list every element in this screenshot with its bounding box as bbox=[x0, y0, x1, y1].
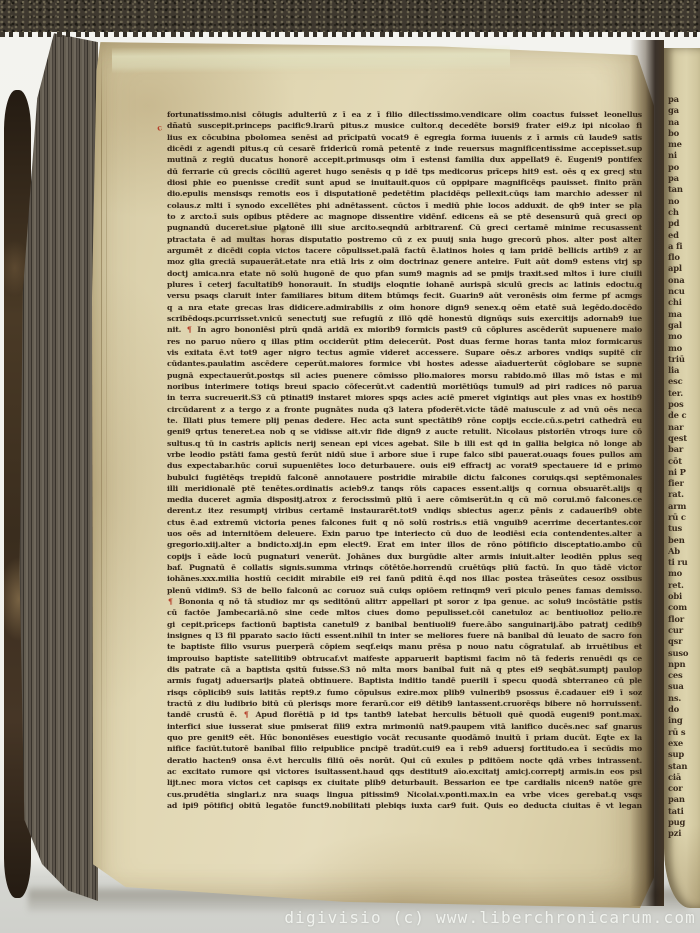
text-line: vrbe leodio pstāti fama gestū ferūt nidū… bbox=[167, 449, 642, 460]
facing-text-fragment: ni P bbox=[668, 467, 700, 478]
page-crease bbox=[101, 48, 102, 884]
facing-text-fragment: mo bbox=[668, 331, 700, 342]
text-line: to z arcto.ī suis opibus ptēdere ac magn… bbox=[167, 211, 642, 222]
text-line: ad ipi9 pōtificj obitū legatōe funct9.no… bbox=[167, 800, 642, 811]
facing-text-fragment: rū s bbox=[668, 727, 700, 738]
text-line: scribēdoqs.pcurrisset.vnicū senectutj su… bbox=[167, 313, 642, 324]
carpet-frayed-edge bbox=[0, 32, 700, 37]
facing-text-fragment: pd bbox=[668, 218, 700, 229]
text-line: deratio hacten9 onsa ē.vt herculis filiū… bbox=[167, 755, 642, 766]
page-gutter bbox=[630, 40, 664, 906]
facing-text-fragment: ma bbox=[668, 309, 700, 320]
text-line: doctj amica.nra etate nō solū hugonē de … bbox=[167, 268, 642, 279]
facing-text-fragment: cor bbox=[668, 783, 700, 794]
text-line: pugnandū duceret.siue platonē illi siue … bbox=[167, 222, 642, 233]
text-line: cus.prudētia singlari.z nra suaqs lingua… bbox=[167, 789, 642, 800]
facing-text-fragment: me bbox=[668, 139, 700, 150]
facing-text-fragment: sup bbox=[668, 749, 700, 760]
text-line: vis exitata ē.vt tot9 ager nigro tectus … bbox=[167, 347, 642, 358]
watermark-text: digivisio (c) www.liberchronicarum.com bbox=[6, 908, 696, 927]
facing-text-fragment: chi bbox=[668, 297, 700, 308]
text-line: q a nra etate grecas lras didicere.admir… bbox=[167, 302, 642, 313]
rubric-mark: ¶ bbox=[167, 597, 174, 606]
facing-text-fragment: cur bbox=[668, 625, 700, 636]
text-line: bubulci fugiētēqs trepidū falconē annota… bbox=[167, 472, 642, 483]
facing-text-fragment: suso bbox=[668, 648, 700, 659]
facing-text-fragment: nar bbox=[668, 422, 700, 433]
facing-text-fragment: no bbox=[668, 196, 700, 207]
text-line: versu psaqs claruit inter familiares bit… bbox=[167, 290, 642, 301]
facing-text-fragment: ni bbox=[668, 150, 700, 161]
facing-text-fragment: ti ru bbox=[668, 557, 700, 568]
facing-text-fragment: a fi bbox=[668, 241, 700, 252]
facing-text-fragment: flor bbox=[668, 614, 700, 625]
facing-text-fragment: mo bbox=[668, 568, 700, 579]
facing-text-fragment: npn bbox=[668, 659, 700, 670]
text-line: gi cepit.prīceps factionū baptista canet… bbox=[167, 619, 642, 630]
facing-text-fragment: cōt bbox=[668, 456, 700, 467]
facing-text-fragment: bar bbox=[668, 444, 700, 455]
text-line: noribus interimere totiqs breui spacio c… bbox=[167, 381, 642, 392]
text-line: dio.epulis mensisqs remotis eos ī disput… bbox=[167, 188, 642, 199]
text-line: sultus.q tū in castris aplicis nerij sen… bbox=[167, 438, 642, 449]
text-line: insignes q l3 fil pparato sacio iūcti es… bbox=[167, 630, 642, 641]
facing-text-fragment: mo bbox=[668, 343, 700, 354]
facing-text-fragment: gal bbox=[668, 320, 700, 331]
text-line: dñatū suscepit.princeps pacific9.lrarū p… bbox=[167, 120, 642, 131]
facing-text-fragment: ciā bbox=[668, 772, 700, 783]
facing-text-fragment: ing bbox=[668, 715, 700, 726]
text-line: tractū z diu ludibrio bitū cū plerisqs m… bbox=[167, 698, 642, 709]
text-line: geni9 qrtus teneret.ea nob q se vidisse … bbox=[167, 426, 642, 437]
text-line: dū ferrarie cū grecis cōciliū ageret hug… bbox=[167, 166, 642, 177]
text-line: diosi phie eo puenisse credīt sunt apud … bbox=[167, 177, 642, 188]
facing-text-fragment: ga bbox=[668, 105, 700, 116]
text-line: in terra sucreuerit.S3 cū ptinati9 insta… bbox=[167, 392, 642, 403]
facing-text-fragment: pzi bbox=[668, 828, 700, 839]
facing-text-fragment: ns. bbox=[668, 693, 700, 704]
facing-text-fragment: lia bbox=[668, 365, 700, 376]
text-line: ¶ Bononia q nō tā studioz mr qs seditōnū… bbox=[167, 596, 642, 607]
facing-text-fragment: ch bbox=[668, 207, 700, 218]
facing-text-fragment: pa bbox=[668, 94, 700, 105]
text-line: mutinā z regiū ducatus honorē accepit.pr… bbox=[167, 154, 642, 165]
page-crease bbox=[106, 60, 107, 870]
text-line: dis patrate cā a baptista qsitū fuisse.S… bbox=[167, 664, 642, 675]
facing-text-fragment: com bbox=[668, 602, 700, 613]
text-line: illi meridionalē ptē tenētes.ordinatis a… bbox=[167, 483, 642, 494]
text-line: media duceret agmīa dispositj.atrox z fe… bbox=[167, 494, 642, 505]
facing-text-fragment: na bbox=[668, 117, 700, 128]
facing-text-fragment: ed bbox=[668, 230, 700, 241]
text-line: ptractata ē ad multas horas disputatio p… bbox=[167, 234, 642, 245]
text-line: nit. ¶ In agro bononiēsi pirū qndā aridā… bbox=[167, 324, 642, 335]
text-line: plures ī ceterj facultatib9 honorauit. I… bbox=[167, 279, 642, 290]
facing-text-fragment: ter. bbox=[668, 388, 700, 399]
photo-of-open-book: c fortunatissimo.nisi cōiugis adulteriū … bbox=[0, 0, 700, 933]
text-line: baf. Pugnatū ē collatis signis.summa vtr… bbox=[167, 562, 642, 573]
text-line: pugnā expectauerūt.postqs sil acies puen… bbox=[167, 370, 642, 381]
facing-text-fragment: pa bbox=[668, 173, 700, 184]
facing-text-fragment: tati bbox=[668, 806, 700, 817]
facing-text-fragment: ncu bbox=[668, 286, 700, 297]
repair-tape bbox=[112, 45, 510, 74]
facing-text-fragment: tan bbox=[668, 184, 700, 195]
facing-text-fragment: ben bbox=[668, 535, 700, 546]
text-line: cūdantes.paulatim ascēdere ceperūt.maior… bbox=[167, 358, 642, 369]
text-line: dicēdi z agendi pitus.q cū cesarē frider… bbox=[167, 143, 642, 154]
text-line: interfici siue iusserat siue pmiserat fi… bbox=[167, 721, 642, 732]
rubric-mark: ¶ bbox=[243, 710, 250, 719]
facing-text-fragment: po bbox=[668, 162, 700, 173]
text-line: te. Illati pius temere plij penas dedere… bbox=[167, 415, 642, 426]
text-line: improuiso baptiste satellitib9 obtrucaf.… bbox=[167, 653, 642, 664]
facing-text-fragment: ona bbox=[668, 275, 700, 286]
facing-text-fragment: fier bbox=[668, 478, 700, 489]
facing-page-text-column: paganabomenipopatannochpdeda fifloaplona… bbox=[668, 94, 700, 842]
facing-text-fragment: pug bbox=[668, 817, 700, 828]
facing-text-fragment: flo bbox=[668, 252, 700, 263]
text-line: iohānes.xxx.milia hostiū cecidit mirabil… bbox=[167, 573, 642, 584]
text-line: argumēt z dicēdi copia victos tacere cōp… bbox=[167, 245, 642, 256]
facing-text-fragment: tus bbox=[668, 523, 700, 534]
facing-text-fragment: apl bbox=[668, 263, 700, 274]
text-line: colaus.z mlti ī synodo excellētes phi ad… bbox=[167, 200, 642, 211]
margin-rubric-mark: c bbox=[156, 121, 167, 133]
text-line: derent.z itez resumptj viribus certamē i… bbox=[167, 505, 642, 516]
text-line: ac excitato rumore qsi victores isultass… bbox=[167, 766, 642, 777]
text-line: copijs ī eāde locū pugnaturi venerūt. Jo… bbox=[167, 551, 642, 562]
text-line: risqs cōplicib9 suis latitās rept9.z fum… bbox=[167, 687, 642, 698]
text-line: lijt.nec mora victos cet capisqs ex ciui… bbox=[167, 777, 642, 788]
facing-text-fragment: obi bbox=[668, 591, 700, 602]
facing-text-fragment: bo bbox=[668, 128, 700, 139]
text-line: res no paruo nūero q illas ptim occiderū… bbox=[167, 336, 642, 347]
text-line: armis fugatj aduersarijs plateā obtinuer… bbox=[167, 675, 642, 686]
facing-text-fragment: do bbox=[668, 704, 700, 715]
facing-text-fragment: ret. bbox=[668, 580, 700, 591]
facing-text-fragment: sua bbox=[668, 681, 700, 692]
text-line: dus expectabar.hūc coruī supueniētes loc… bbox=[167, 460, 642, 471]
rubric-mark: ¶ bbox=[186, 325, 193, 334]
facing-text-fragment: triū bbox=[668, 354, 700, 365]
text-line: moz glia greciā supauerāt.etate nra etiā… bbox=[167, 256, 642, 267]
text-line: uos oēs ad internitōem deleuere. Exin pa… bbox=[167, 528, 642, 539]
text-line: nifice faciūt.tutorē banibal filio reipu… bbox=[167, 743, 642, 754]
facing-text-fragment: esc bbox=[668, 376, 700, 387]
facing-text-fragment: stan bbox=[668, 761, 700, 772]
carpet-background bbox=[0, 0, 700, 32]
text-line: circūdarent z a tergo z a fronte pugnāte… bbox=[167, 404, 642, 415]
text-line: lius ex cōcubina pbolomea senēsi ad prīc… bbox=[167, 132, 642, 143]
text-line: gregorio.xiij.alter a bndicto.xij.in epm… bbox=[167, 539, 642, 550]
facing-text-fragment: qest bbox=[668, 433, 700, 444]
facing-text-fragment: arm bbox=[668, 501, 700, 512]
text-line: tandē crustū ē. ¶ Apud florētiā p id tps… bbox=[167, 709, 642, 720]
facing-text-fragment: rat. bbox=[668, 489, 700, 500]
facing-text-fragment: exe bbox=[668, 738, 700, 749]
text-line: cū factōe Jambecariā.nō sine cede mltos … bbox=[167, 607, 642, 618]
facing-text-fragment: Ab bbox=[668, 546, 700, 557]
facing-text-fragment: pos bbox=[668, 399, 700, 410]
page-text-column: fortunatissimo.nisi cōiugis adulteriū z … bbox=[167, 109, 642, 815]
facing-text-fragment: ces bbox=[668, 670, 700, 681]
facing-text-fragment: rū c bbox=[668, 512, 700, 523]
text-line: quo pre genit9 eēt. Hūc bononiēses euest… bbox=[167, 732, 642, 743]
facing-text-fragment: pan bbox=[668, 794, 700, 805]
text-line: ctus ē.ad extremū victoria penes falcone… bbox=[167, 517, 642, 528]
text-line: te baptiste filio vsurus puerperā cōpiem… bbox=[167, 641, 642, 652]
text-line: fortunatissimo.nisi cōiugis adulteriū z … bbox=[167, 109, 642, 120]
text-line: plenū vidim9. S3 de bello falconū ac cor… bbox=[167, 585, 642, 596]
facing-text-fragment: qsr bbox=[668, 636, 700, 647]
facing-text-fragment: de c bbox=[668, 410, 700, 421]
